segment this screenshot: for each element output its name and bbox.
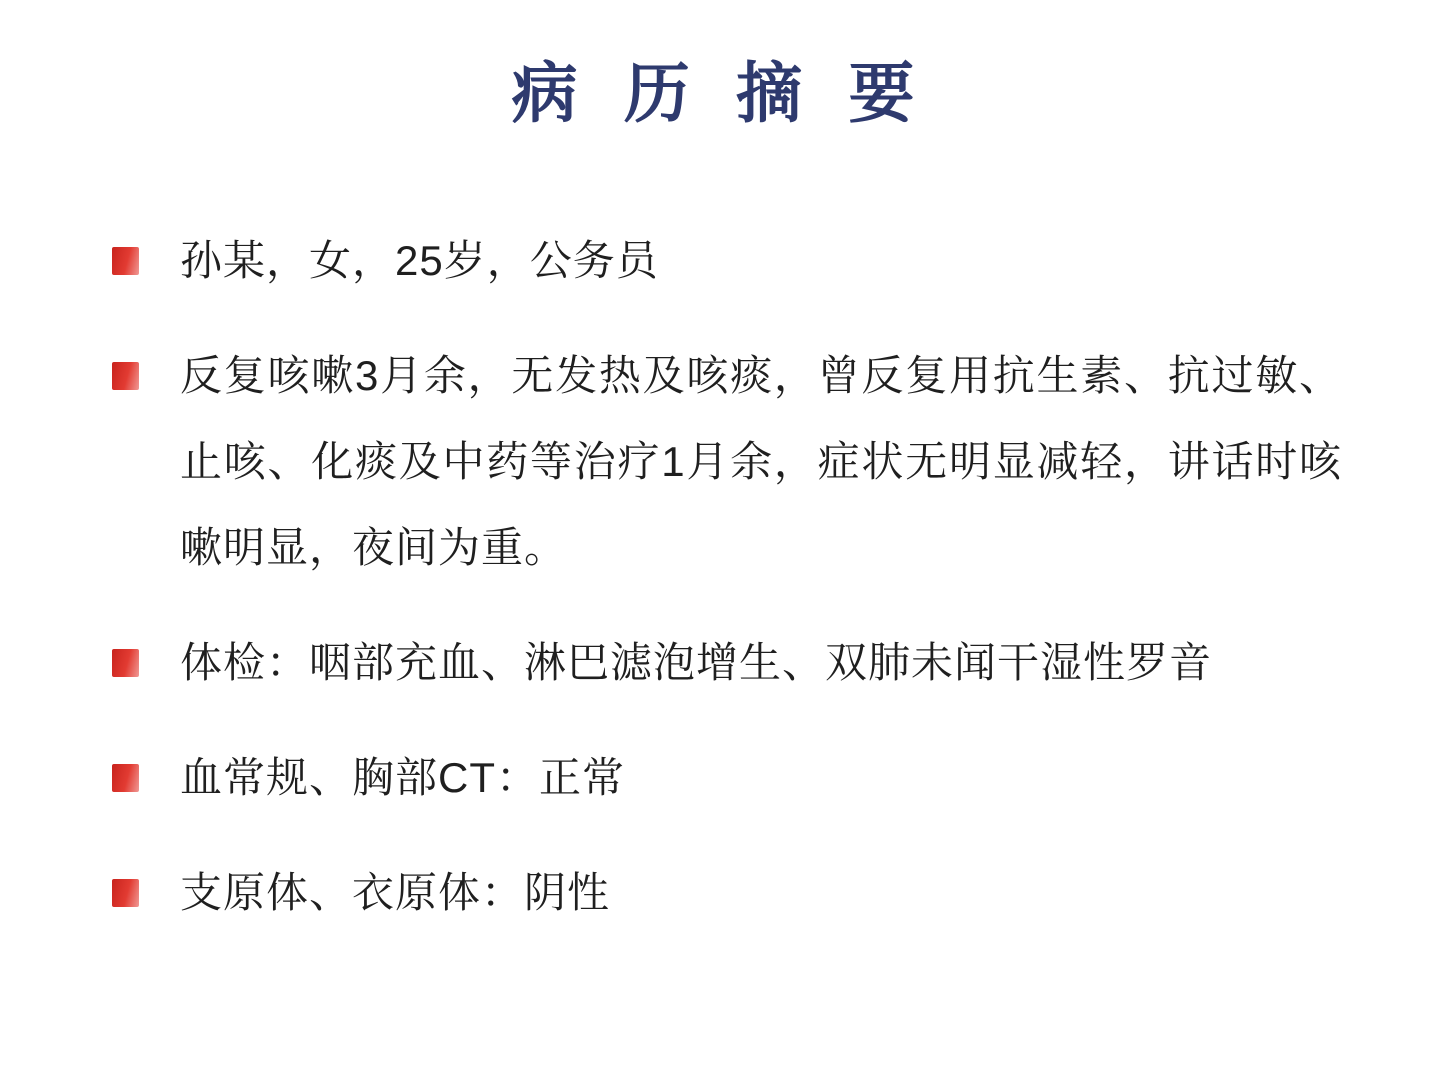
bullet-text-pathogen-tests: 支原体、衣原体：阴性 — [180, 850, 1342, 936]
bullet-text-patient-info: 孙某，女，25岁，公务员 — [180, 218, 1342, 304]
red-square-bullet-icon — [112, 879, 139, 907]
bullet-item-physical-exam: 体检：咽部充血、淋巴滤泡增生、双肺未闻干湿性罗音 — [112, 620, 1342, 706]
red-square-bullet-icon — [112, 764, 139, 792]
red-square-bullet-icon — [112, 362, 139, 390]
bullet-item-blood-ct: 血常规、胸部CT：正常 — [112, 735, 1342, 821]
bullet-item-pathogen-tests: 支原体、衣原体：阴性 — [112, 850, 1342, 936]
slide: 病 历 摘 要 孙某，女，25岁，公务员 反复咳嗽3月余，无发热及咳痰，曾反复用… — [0, 0, 1440, 1080]
bullet-text-physical-exam: 体检：咽部充血、淋巴滤泡增生、双肺未闻干湿性罗音 — [180, 620, 1342, 706]
slide-title: 病 历 摘 要 — [0, 0, 1440, 135]
red-square-bullet-icon — [112, 247, 139, 275]
red-square-bullet-icon — [112, 649, 139, 677]
bullet-list: 孙某，女，25岁，公务员 反复咳嗽3月余，无发热及咳痰，曾反复用抗生素、抗过敏、… — [112, 218, 1342, 965]
bullet-item-patient-info: 孙某，女，25岁，公务员 — [112, 218, 1342, 304]
bullet-text-blood-ct: 血常规、胸部CT：正常 — [180, 735, 1342, 821]
bullet-text-history: 反复咳嗽3月余，无发热及咳痰，曾反复用抗生素、抗过敏、止咳、化痰及中药等治疗1月… — [180, 333, 1342, 591]
bullet-item-history: 反复咳嗽3月余，无发热及咳痰，曾反复用抗生素、抗过敏、止咳、化痰及中药等治疗1月… — [112, 333, 1342, 591]
